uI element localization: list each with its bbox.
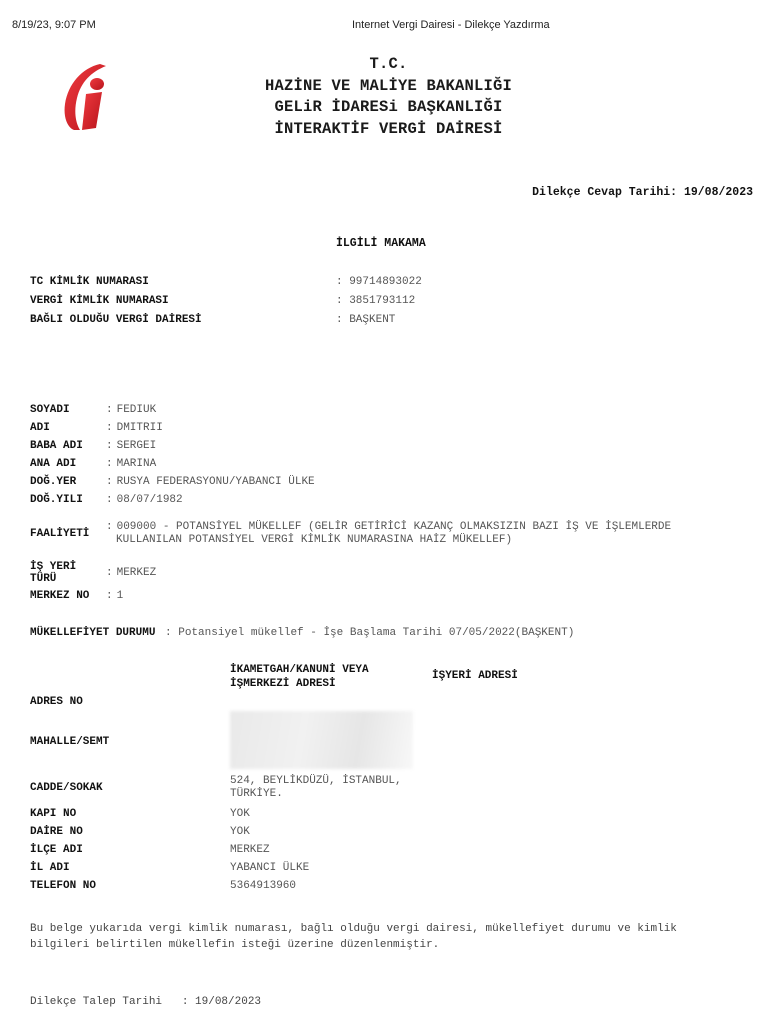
- address-label: ADRES NO: [30, 696, 83, 708]
- request-date: Dilekçe Talep Tarihi : 19/08/2023: [30, 996, 261, 1008]
- heading-line-administration: GELiR İDARESi BAŞKANLIĞI: [0, 97, 769, 119]
- field-value: 1: [117, 590, 124, 602]
- print-datetime: 8/19/23, 9:07 PM: [12, 19, 96, 31]
- field-label: BAĞLI OLDUĞU VERGİ DAİRESİ: [30, 314, 202, 326]
- personal-row-birthdate: DOĞ.YILI :08/07/1982: [30, 491, 676, 509]
- field-value: : 99714893022: [336, 276, 422, 288]
- address-label: DAİRE NO: [30, 826, 83, 838]
- address-value: 524, BEYLİKDÜZÜ, İSTANBUL, TÜRKİYE.: [230, 775, 430, 801]
- address-value: 5364913960: [230, 880, 296, 893]
- field-label: FAALİYETİ: [30, 528, 106, 540]
- redacted-address-region: [230, 711, 413, 769]
- field-label: DOĞ.YER: [30, 476, 106, 488]
- liability-status: MÜKELLEFİYET DURUMU : Potansiyel mükelle…: [30, 622, 574, 640]
- field-value: RUSYA FEDERASYONU/YABANCI ÜLKE: [117, 476, 315, 488]
- personal-row-name: ADI :DMITRII: [30, 419, 676, 437]
- field-label: ADI: [30, 422, 106, 434]
- personal-row-activity: FAALİYETİ :009000 - POTANSİYEL MÜKELLEF …: [30, 509, 676, 559]
- heading-line-office: İNTERAKTİF VERGİ DAİRESİ: [0, 119, 769, 141]
- field-value: 08/07/1982: [117, 494, 183, 506]
- field-label: DOĞ.YILI: [30, 494, 106, 506]
- field-value: : 3851793112: [336, 295, 415, 307]
- status-label: MÜKELLEFİYET DURUMU: [30, 627, 155, 639]
- field-value: MERKEZ: [117, 567, 157, 579]
- personal-row-birthplace: DOĞ.YER :RUSYA FEDERASYONU/YABANCI ÜLKE: [30, 473, 676, 491]
- to-authority-title: İLGİLİ MAKAMA: [336, 237, 426, 250]
- personal-info-block: SOYADI :FEDIUK ADI :DMITRII BABA ADI :SE…: [30, 401, 676, 605]
- personal-row-mother: ANA ADI :MARINA: [30, 455, 676, 473]
- workplace-address-header: İŞYERİ ADRESİ: [432, 670, 518, 682]
- field-label: MERKEZ NO: [30, 590, 106, 602]
- address-label: KAPI NO: [30, 808, 76, 820]
- field-label: BABA ADI: [30, 440, 106, 452]
- field-label: VERGİ KİMLİK NUMARASI: [30, 295, 169, 307]
- heading-line-tc: T.C.: [0, 54, 769, 76]
- personal-row-father: BABA ADI :SERGEI: [30, 437, 676, 455]
- address-label: İLÇE ADI: [30, 844, 83, 856]
- address-label: İL ADI: [30, 862, 70, 874]
- status-value: : Potansiyel mükellef - İşe Başlama Tari…: [165, 627, 574, 639]
- answer-date: Dilekçe Cevap Tarihi: 19/08/2023: [532, 186, 753, 199]
- field-value: SERGEI: [117, 440, 157, 452]
- address-label: MAHALLE/SEMT: [30, 736, 109, 748]
- print-page-title: Internet Vergi Dairesi - Dilekçe Yazdırm…: [352, 19, 550, 31]
- institution-heading: T.C. HAZİNE VE MALİYE BAKANLIĞI GELiR İD…: [0, 54, 769, 140]
- address-value: YOK: [230, 826, 250, 839]
- field-value: DMITRII: [117, 422, 163, 434]
- field-value: : BAŞKENT: [336, 314, 395, 326]
- field-label: ANA ADI: [30, 458, 106, 470]
- address-label: CADDE/SOKAK: [30, 782, 103, 794]
- personal-row-workplace-type: İŞ YERİ TÜRÜ :MERKEZ: [30, 559, 676, 587]
- address-value: YABANCI ÜLKE: [230, 862, 309, 875]
- personal-row-surname: SOYADI :FEDIUK: [30, 401, 676, 419]
- personal-row-center-no: MERKEZ NO :1: [30, 587, 676, 605]
- residence-address-header: İKAMETGAH/KANUNİ VEYA İŞMERKEZİ ADRESİ: [230, 663, 415, 691]
- address-value: MERKEZ: [230, 844, 270, 857]
- field-label: İŞ YERİ TÜRÜ: [30, 561, 106, 585]
- field-value: FEDIUK: [117, 404, 157, 416]
- field-value: MARINA: [117, 458, 157, 470]
- document-statement: Bu belge yukarıda vergi kimlik numarası,…: [30, 921, 730, 953]
- field-value: 009000 - POTANSİYEL MÜKELLEF (GELİR GETİ…: [116, 521, 671, 546]
- address-label: TELEFON NO: [30, 880, 96, 892]
- heading-line-ministry: HAZİNE VE MALİYE BAKANLIĞI: [0, 76, 769, 98]
- address-value: YOK: [230, 808, 250, 821]
- field-label: SOYADI: [30, 404, 106, 416]
- field-label: TC KİMLİK NUMARASI: [30, 276, 149, 288]
